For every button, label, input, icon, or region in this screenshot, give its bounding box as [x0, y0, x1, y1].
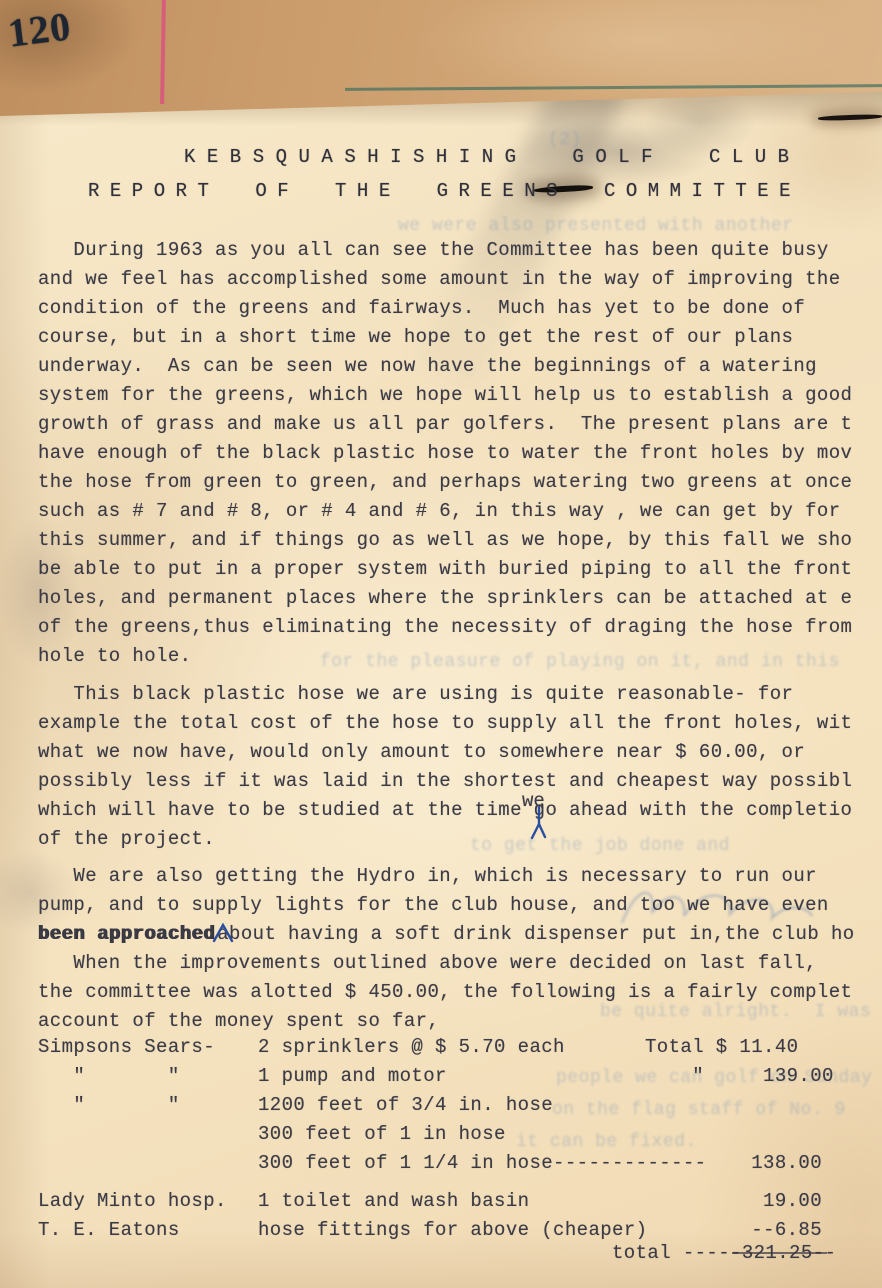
paragraph-1: During 1963 as you all can see the Commi… — [38, 236, 882, 671]
ledger-amount: 19.00 — [645, 1190, 822, 1212]
paragraph-3: We are also getting the Hydro in, which … — [38, 862, 882, 920]
insertion-caret-icon — [530, 806, 548, 840]
ledger-row: Simpsons Sears-2 sprinklers @ $ 5.70 eac… — [38, 1036, 882, 1065]
page-number-stamp: 120 — [5, 2, 73, 56]
ledger-item: hose fittings for above (cheaper) — [258, 1219, 645, 1241]
ledger-item: 1 pump and motor — [258, 1065, 645, 1087]
ledger-item: 300 feet of 1 in hose — [258, 1123, 645, 1145]
ledger-vendor: Simpsons Sears- — [38, 1036, 258, 1058]
ledger-item: 1200 feet of 3/4 in. hose — [258, 1094, 645, 1116]
ledger-row: 300 feet of 1 in hose — [38, 1123, 882, 1152]
bleed-through-text: we were also presented with another — [398, 216, 794, 236]
line-text: about having a soft drink dispenser put … — [217, 923, 854, 945]
total-value: 321.25 — [742, 1242, 813, 1264]
ledger-row: Lady Minto hosp.1 toilet and wash basin … — [38, 1190, 882, 1219]
overtyped-word: approached — [97, 923, 215, 945]
album-margin-line — [160, 0, 166, 104]
ledger-amount: Total $ 11.40 — [645, 1036, 798, 1058]
total-label: total — [612, 1242, 683, 1264]
page-edge-line — [345, 84, 882, 91]
insertion-caret-icon — [212, 923, 234, 943]
ledger-vendor: " " — [38, 1065, 258, 1087]
ledger-item: 2 sprinklers @ $ 5.70 each — [258, 1036, 645, 1058]
ledger-vendor: T. E. Eatons — [38, 1219, 258, 1241]
ledger-amount: --6.85 — [645, 1219, 822, 1241]
ledger-vendor: Lady Minto hosp. — [38, 1190, 258, 1212]
paragraph-2: This black plastic hose we are using is … — [38, 680, 882, 854]
expense-ledger: Simpsons Sears-2 sprinklers @ $ 5.70 eac… — [38, 1036, 882, 1248]
paragraph-3-line-3: beenapproachedabout having a soft drink … — [38, 920, 882, 949]
ledger-amount: 138.00 — [645, 1152, 822, 1174]
staple-tear-mark — [818, 114, 882, 121]
ledger-row: " "1200 feet of 3/4 in. hose — [38, 1094, 882, 1123]
ledger-item: 300 feet of 1 1/4 in hose------------- — [258, 1152, 645, 1174]
document-title: KEBSQUASHISHING GOLF CLUB — [184, 146, 801, 168]
paragraph-4: When the improvements outlined above wer… — [38, 949, 882, 1036]
ledger-vendor: " " — [38, 1094, 258, 1116]
ledger-item: 1 toilet and wash basin — [258, 1190, 645, 1212]
ledger-row: 300 feet of 1 1/4 in hose------------- 1… — [38, 1152, 882, 1181]
typewritten-report-sheet: (2) we were also presented with another … — [0, 92, 882, 1288]
document-subtitle: REPORT OF THE GREENS COMMITTEE — [88, 180, 801, 202]
overtyped-word: been — [38, 923, 85, 945]
ledger-total: total -----321.25-- — [612, 1242, 836, 1264]
ledger-row: " "1 pump and motor " 139.00 — [38, 1065, 882, 1094]
ledger-amount: " 139.00 — [645, 1065, 834, 1087]
